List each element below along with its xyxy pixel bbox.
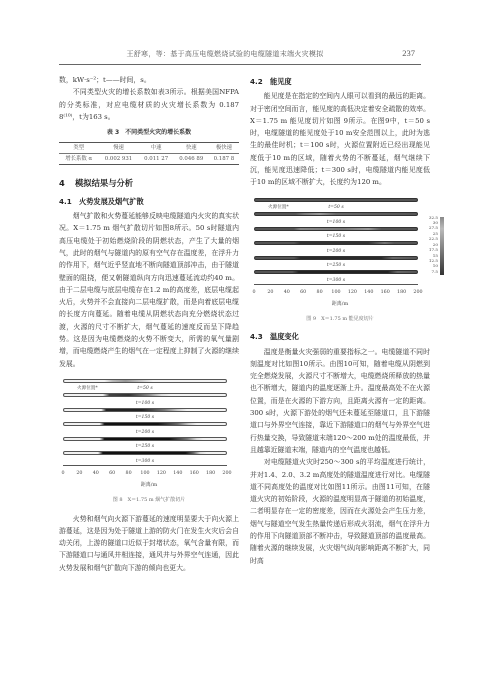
visibility-slice: t=200 s [250,240,430,255]
smoke-slice: t=300 s [59,450,239,465]
page-number: 237 [402,48,415,58]
paragraph: 温度是衡量火灾强弱的重要指标之一。电缆隧道不同时刻温度对比如图10所示。由图10… [250,346,430,457]
figure-8-smoke-slices: 火源位置* t=50 s t=100 s t=150 s t=200 s t=2… [59,378,239,507]
running-header: 王舒寒，等：基于高压电缆燃烧试验的电缆隧道末端火灾模拟 237 [59,48,421,65]
smoke-slice: 火源位置* t=50 s [59,378,239,393]
slice-bar [63,408,227,412]
figure-9-visibility-slices: 火源位置* t=50 s t=100 s t=150 s t=200 s t=2… [250,197,430,326]
running-title: 王舒寒，等：基于高压电缆燃烧试验的电缆隧道末端火灾模拟 [59,49,391,59]
slice-bar [254,227,418,231]
subsection-heading: 4.1火势发展及烟气扩散 [59,196,239,208]
slice-stack: 火源位置* t=50 s t=100 s t=150 s t=200 s t=2… [59,378,239,465]
x-tick: 180 [206,468,215,480]
x-tick: 20 [76,468,82,480]
smoke-slice: t=150 s [59,407,239,422]
section-title: 火势发展及烟气扩散 [79,197,144,206]
subsection-heading: 4.2能见度 [250,76,430,88]
table-cell: 增长系数 α [59,154,98,165]
table-header: 快速 [174,143,209,154]
table-cell: 0.187 8 [209,154,239,165]
visibility-slice: 火源位置* t=50 s [250,197,430,212]
x-tick: 120 [157,468,166,480]
table-cell: 0.046 89 [174,154,209,165]
x-axis: 0 20 40 60 80 100 120 140 160 180 200 [254,284,418,297]
x-tick: 40 [93,468,99,480]
x-tick: 160 [190,468,199,480]
section-title: 温度变化 [270,332,299,341]
x-tick: 20 [267,287,273,299]
x-axis-label: 距离/m [250,298,430,310]
section-number: 4.2 [250,76,270,88]
growth-coefficient-table: 类型 慢速 中速 快速 极快速 增长系数 α 0.002 931 0.011 2… [59,142,239,165]
x-tick: 80 [317,287,323,299]
x-tick: 100 [331,287,340,299]
slice-bar [254,241,418,245]
x-tick: 140 [364,287,373,299]
slice-bar [63,422,227,426]
x-tick: 60 [109,468,115,480]
right-column: 4.2能见度 能见度是在指定的空间内人眼可以看到的最远的距离。对于密闭空间而言，… [250,74,430,567]
table-header-row: 类型 慢速 中速 快速 极快速 [59,143,239,154]
slice-bar [254,270,418,274]
smoke-slice: t=250 s [59,436,239,451]
colorbar-tick: 7.5 [429,269,438,274]
visibility-slice: t=300 s [250,269,430,284]
colorbar [440,217,444,275]
slice-bar [254,212,418,216]
paragraph: 不同类型火灾的增长系数如表3所示。根据美国NFPA的分类标准，对应电缆材质的火灾… [59,86,239,123]
x-tick: 200 [222,468,231,480]
subsection-heading: 4.3温度变化 [250,331,430,343]
x-tick: 140 [173,468,182,480]
table-cell: 0.011 27 [139,154,174,165]
slice-bar [63,437,227,441]
left-column: 数，kW·s⁻²；t——时间，s。 不同类型火灾的增长系数如表3所示。根据美国N… [59,74,239,574]
visibility-slice: t=250 s [250,255,430,270]
table-header: 类型 [59,143,98,154]
figure-caption: 图 9 X＝1.75 m 能见度切片 [250,313,430,325]
smoke-slice: t=100 s [59,392,239,407]
table-header: 中速 [139,143,174,154]
table-row: 增长系数 α 0.002 931 0.011 27 0.046 89 0.187… [59,154,239,165]
x-tick: 80 [126,468,132,480]
x-axis-label: 距离/m [59,479,239,491]
x-tick: 160 [381,287,390,299]
paragraph: 能见度是在指定的空间内人眼可以看到的最远的距离。对于密闭空间而言，能见度的高低决… [250,90,430,188]
table-caption: 表 3 不同类型火灾的增长系数 [59,127,239,139]
smoke-slice: t=200 s [59,421,239,436]
table-header: 极快速 [209,143,239,154]
slice-bar [63,451,227,455]
x-tick: 0 [61,468,64,480]
colorbar-tick: 22.5 [429,236,438,241]
x-tick: 100 [140,468,149,480]
x-tick: 120 [348,287,357,299]
x-tick: 60 [300,287,306,299]
colorbar-ticks: 32.5 30 27.5 25 22.5 20 17.5 15 12.5 10 … [429,215,438,274]
section-number: 4 [59,177,75,189]
x-tick: 0 [252,287,255,299]
figure-caption: 图 8 X＝1.75 m 烟气扩散切片 [59,494,239,506]
section-title: 模拟结果与分析 [75,178,133,188]
colorbar-tick: 17.5 [429,247,438,252]
section-heading: 4模拟结果与分析 [59,177,239,189]
slice-bar [254,256,418,260]
paragraph: 数，kW·s⁻²；t——时间，s。 [59,74,239,86]
section-number: 4.1 [59,196,79,208]
paragraph: 烟气扩散和火势蔓延能够反映电缆隧道内火灾的真实状况。X＝1.75 m 烟气扩散切… [59,210,239,370]
paragraph: 对电缆隧道火灾时250～300 s的平均温度进行统计，并对1.4、2.0、3.2… [250,456,430,567]
slice-bar [63,393,227,397]
visibility-slice: t=150 s [250,226,430,241]
table-header: 慢速 [98,143,138,154]
section-title: 能见度 [270,77,292,86]
x-tick: 180 [397,287,406,299]
x-axis: 0 20 40 60 80 100 120 140 160 180 200 [63,465,227,478]
x-tick: 200 [413,287,422,299]
paragraph: 火势和烟气向火源下游蔓延的速度明显要大于向火源上游蔓延，这是因为处于隧道上游的防… [59,513,239,574]
section-number: 4.3 [250,331,270,343]
slice-stack: 火源位置* t=50 s t=100 s t=150 s t=200 s t=2… [250,197,430,284]
x-tick: 40 [284,287,290,299]
table-cell: 0.002 931 [98,154,138,165]
visibility-slice: t=100 s [250,211,430,226]
